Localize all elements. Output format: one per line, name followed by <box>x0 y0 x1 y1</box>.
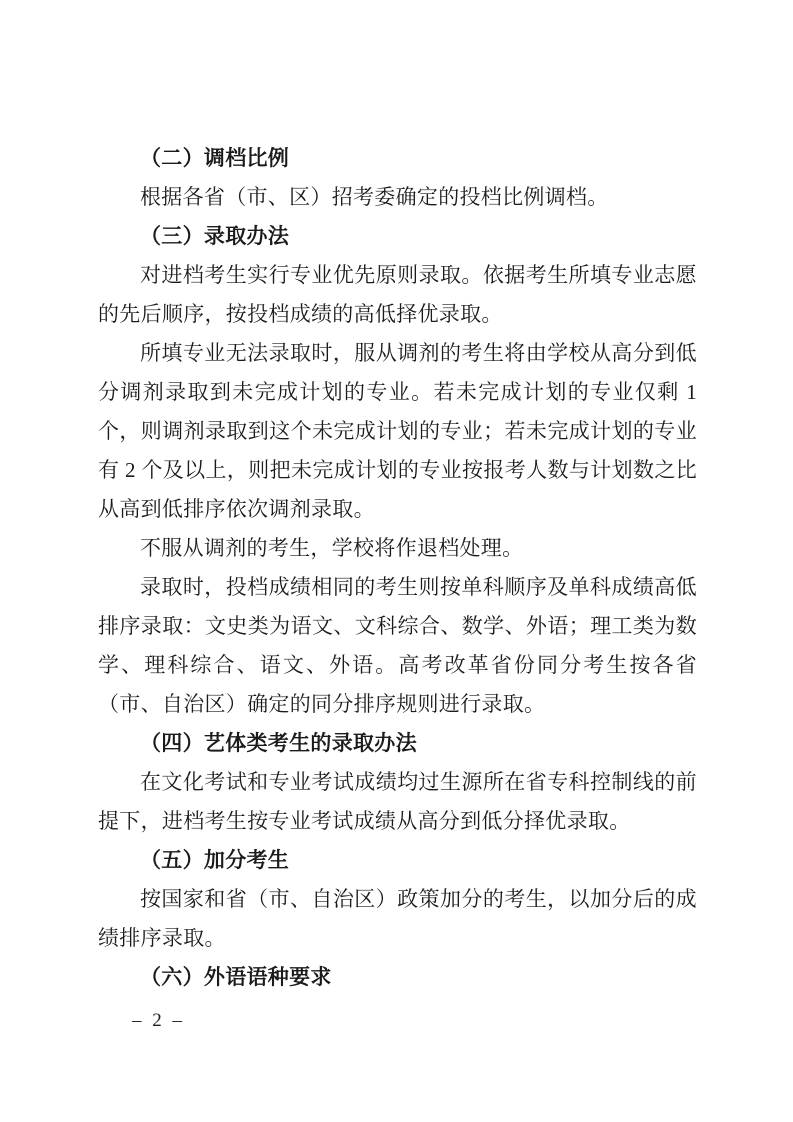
paragraph: 根据各省（市、区）招考委确定的投档比例调档。 <box>98 178 697 217</box>
paragraph: 所填专业无法录取时，服从调剂的考生将由学校从高分到低分调剂录取到未完成计划的专业… <box>98 334 697 529</box>
paragraph: 对进档考生实行专业优先原则录取。依据考生所填专业志愿的先后顺序，按投档成绩的高低… <box>98 256 697 334</box>
document-page: （二）调档比例根据各省（市、区）招考委确定的投档比例调档。（三）录取办法对进档考… <box>0 0 793 1122</box>
section-heading: （五）加分考生 <box>98 841 697 880</box>
section-heading: （三）录取办法 <box>98 217 697 256</box>
section-heading: （四）艺体类考生的录取办法 <box>98 724 697 763</box>
page-number: – 2 – <box>98 1006 697 1036</box>
section-heading: （二）调档比例 <box>98 139 697 178</box>
paragraph: 按国家和省（市、自治区）政策加分的考生，以加分后的成绩排序录取。 <box>98 880 697 958</box>
section-heading: （六）外语语种要求 <box>98 958 697 997</box>
document-body: （二）调档比例根据各省（市、区）招考委确定的投档比例调档。（三）录取办法对进档考… <box>98 139 697 997</box>
paragraph: 录取时，投档成绩相同的考生则按单科顺序及单科成绩高低排序录取：文史类为语文、文科… <box>98 568 697 724</box>
paragraph: 在文化考试和专业考试成绩均过生源所在省专科控制线的前提下，进档考生按专业考试成绩… <box>98 763 697 841</box>
paragraph: 不服从调剂的考生，学校将作退档处理。 <box>98 529 697 568</box>
